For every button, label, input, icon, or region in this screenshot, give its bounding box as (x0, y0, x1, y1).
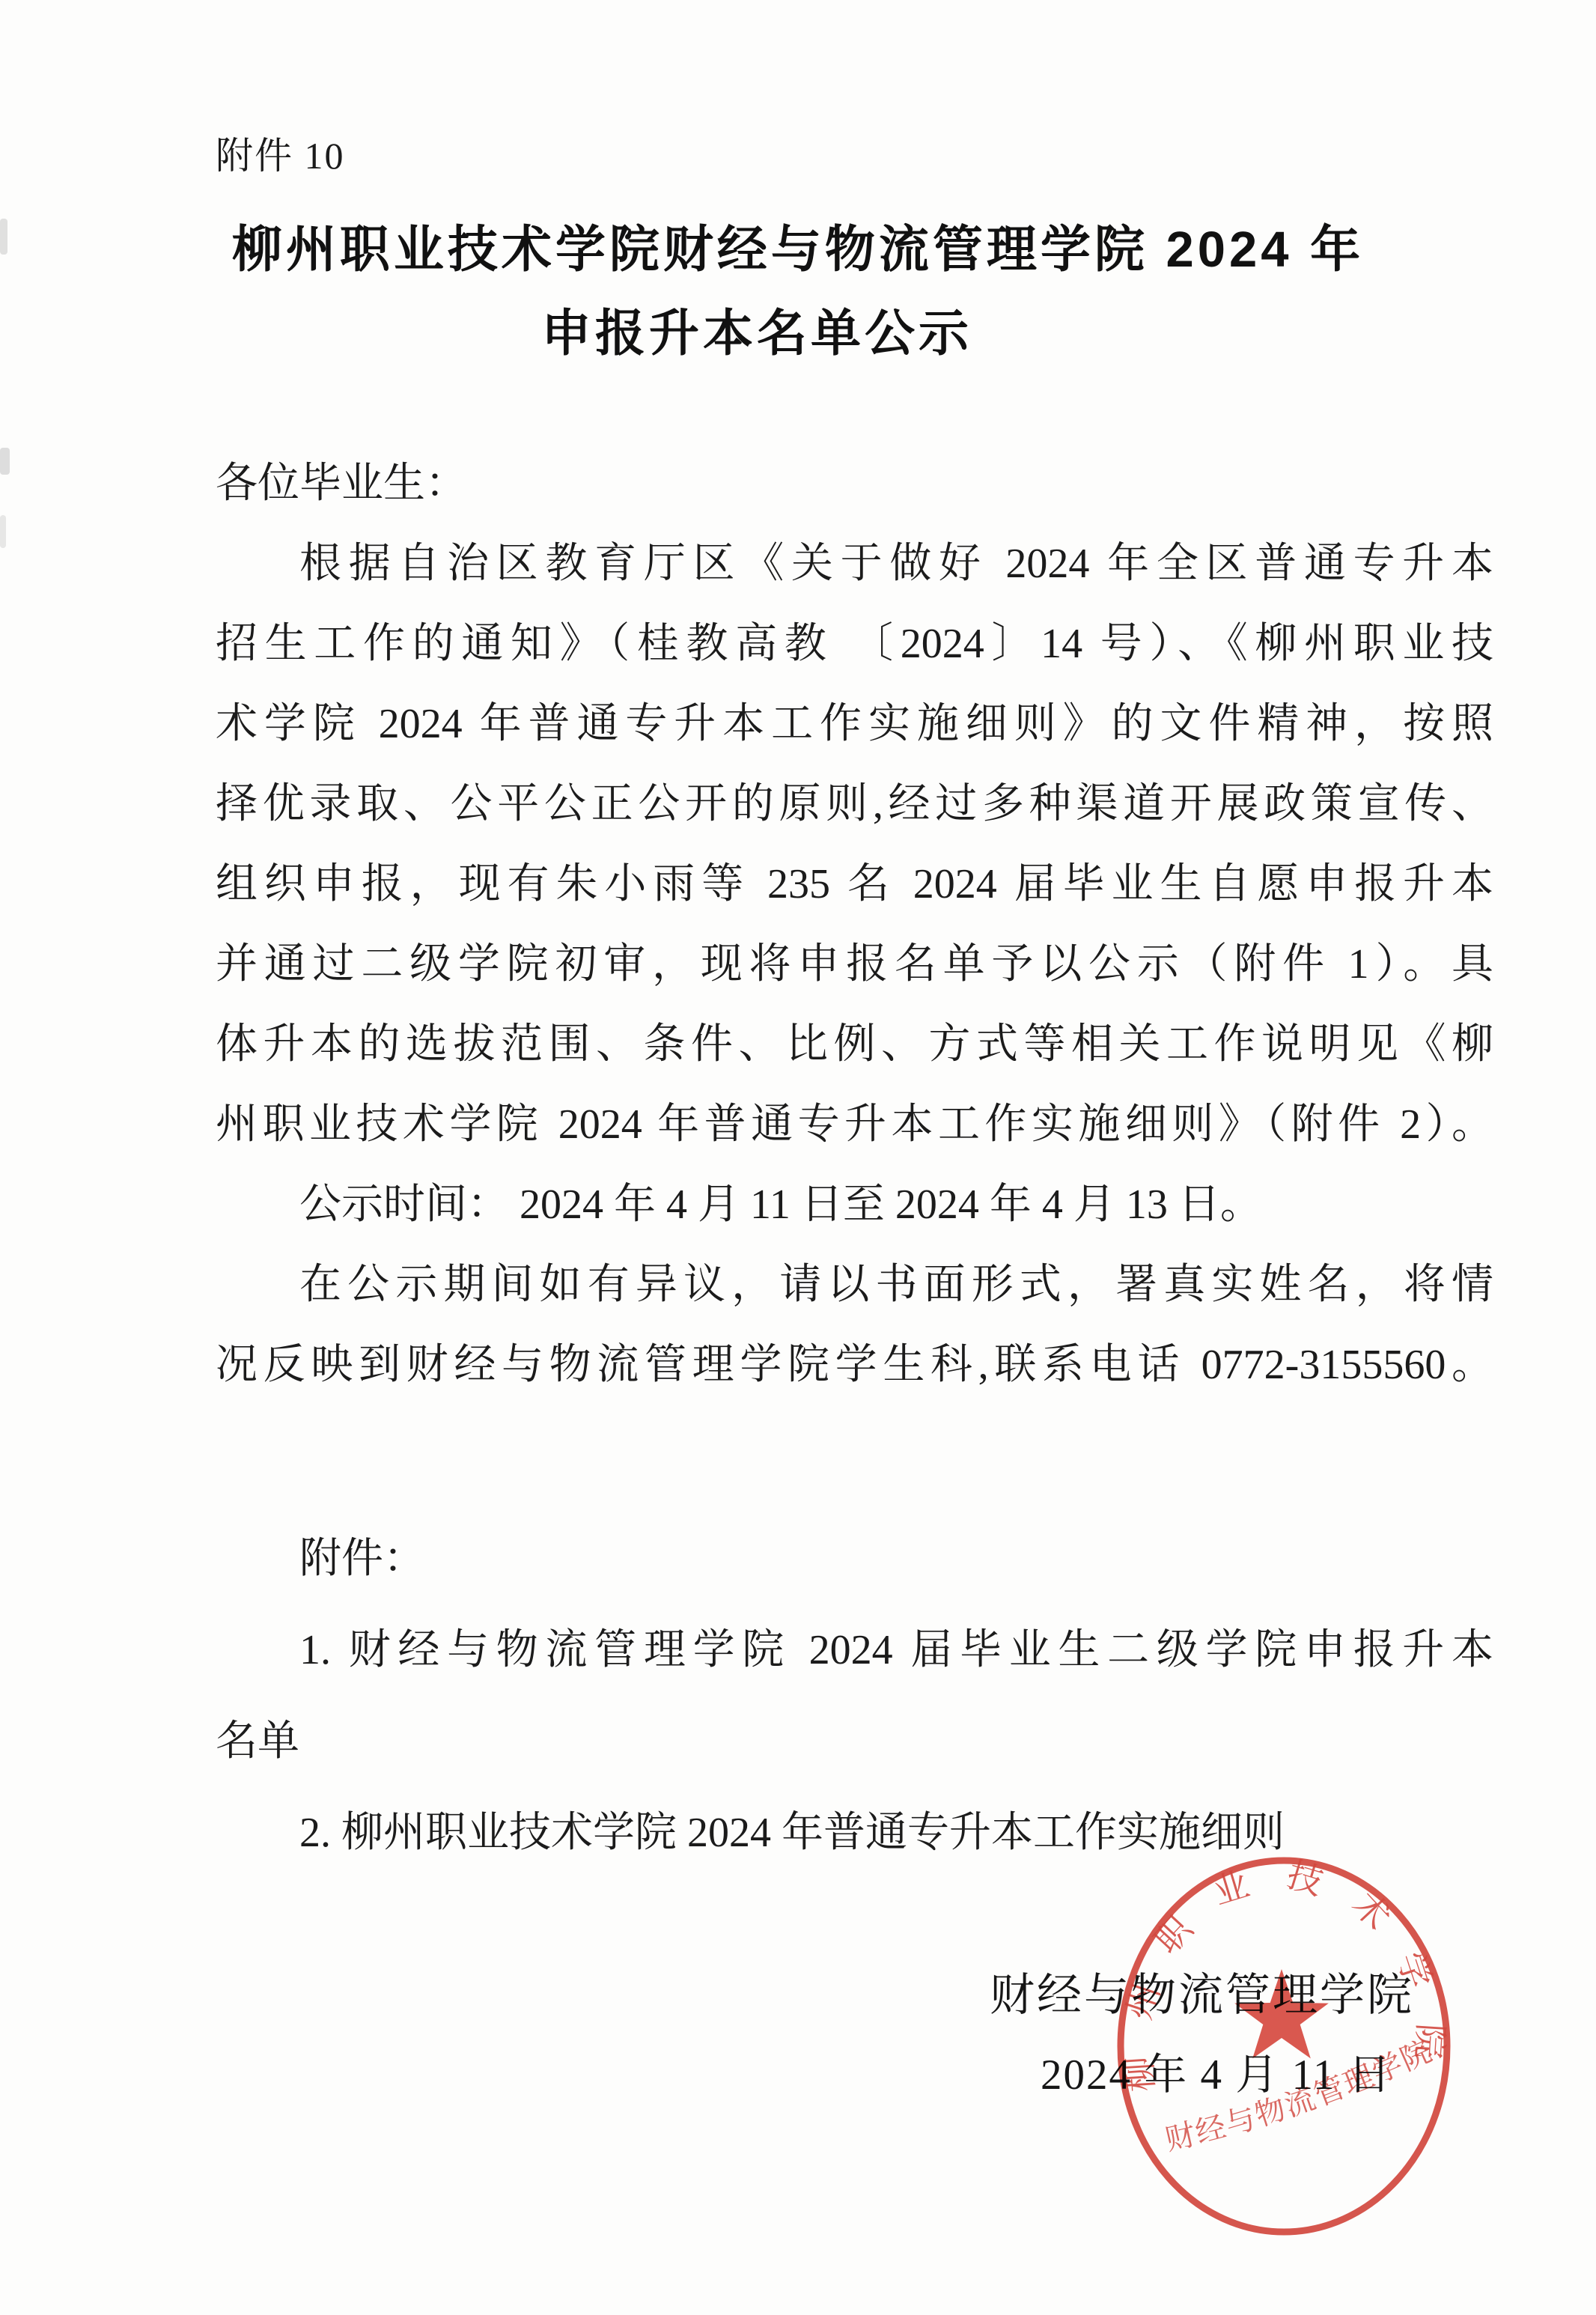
scan-artifact (0, 219, 7, 255)
document-page: 附件 10 柳州职业技术学院财经与物流管理学院 2024 年 申报升本名单公示 … (0, 0, 1596, 2315)
attachment-item: 1. 财经与物流管理学院 2024 届毕业生二级学院申报升本 (216, 1604, 1493, 1696)
attachments-heading: 附件： (216, 1513, 1493, 1604)
seal-star (1234, 1969, 1329, 2058)
attachment-number-label: 附件 10 (216, 133, 345, 178)
body-line: 组织申报，现有朱小雨等 235 名 2024 届毕业生自愿申报升本 (216, 845, 1493, 925)
attachments-section: 附件： 1. 财经与物流管理学院 2024 届毕业生二级学院申报升本 名单 2.… (216, 1513, 1493, 1879)
body-line: 在公示期间如有异议，请以书面形式，署真实姓名，将情 (216, 1245, 1493, 1325)
document-title: 柳州职业技术学院财经与物流管理学院 2024 年 申报升本名单公示 (180, 208, 1416, 376)
scan-artifact (0, 515, 6, 548)
body-line: 体升本的选拔范围、条件、比例、方式等相关工作说明见《柳 (216, 1005, 1493, 1085)
body-line: 根据自治区教育厅区《关于做好 2024 年全区普通专升本 (216, 524, 1493, 604)
official-seal: 柳州职业技术学院 财经与物流管理学院 (1108, 1848, 1460, 2245)
svg-text:财经与物流管理学院: 财经与物流管理学院 (1163, 2034, 1438, 2157)
body-line: 术学院 2024 年普通专升本工作实施细则》的文件精神，按照 (216, 684, 1493, 764)
body-line: 州职业技术学院 2024 年普通专升本工作实施细则》（附件 2）。 (216, 1085, 1493, 1165)
salutation: 各位毕业生： (216, 444, 1493, 524)
body-line: 并通过二级学院初审，现将申报名单予以公示（附件 1）。具 (216, 925, 1493, 1005)
body-line: 择优录取、公平公正公开的原则,经过多种渠道开展政策宣传、 (216, 764, 1493, 845)
scan-artifact (0, 448, 10, 475)
document-body: 各位毕业生： 根据自治区教育厅区《关于做好 2024 年全区普通专升本 招生工作… (216, 444, 1493, 1879)
seal-inner-text: 财经与物流管理学院 (1163, 2034, 1438, 2157)
publicity-period-line: 公示时间： 2024 年 4 月 11 日至 2024 年 4 月 13 日。 (216, 1165, 1493, 1245)
document-title-line2: 申报升本名单公示 (541, 292, 972, 376)
section-gap (216, 1405, 1493, 1513)
body-line: 招生工作的通知》（桂教高教 〔2024〕14 号）、《柳州职业技 (216, 604, 1493, 684)
attachment-item-wrap: 名单 (216, 1696, 1493, 1787)
document-title-line1: 柳州职业技术学院财经与物流管理学院 2024 年 (180, 208, 1416, 292)
contact-line: 况反映到财经与物流管理学院学生科,联系电话 0772-3155560。 (216, 1325, 1493, 1405)
